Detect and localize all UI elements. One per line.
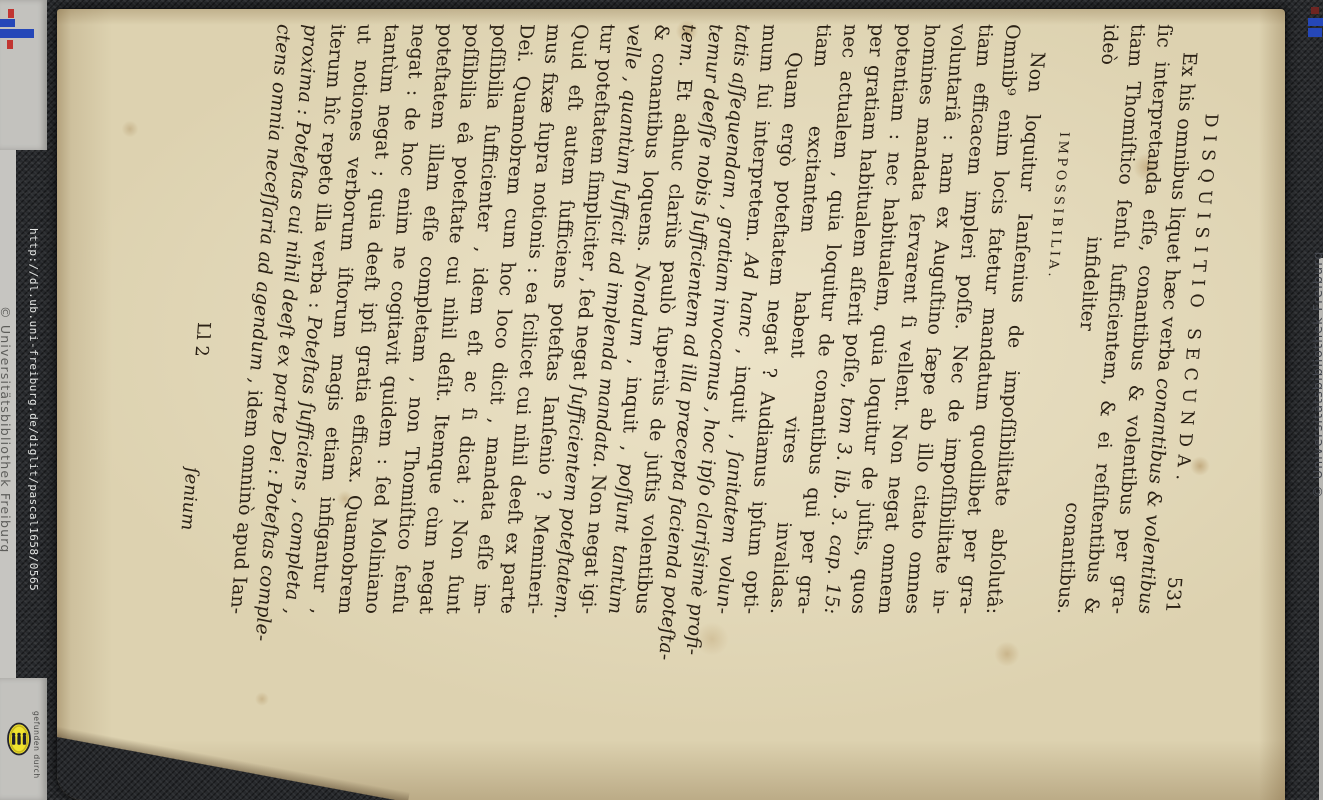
page-number: 531 <box>1158 577 1188 614</box>
watermark-copyright-left: © Universitätsbibliothek Freiburg <box>0 306 13 554</box>
italic-segment: Ad hanc <box>734 253 763 337</box>
signature-mark: Ll 2 <box>190 322 214 357</box>
registration-mark-red-icon <box>7 40 13 49</box>
italic-segment: tem. <box>675 24 700 67</box>
body-paragraphs: Non loquitur Ianſenius de impoſſibilitat… <box>223 24 1053 614</box>
registration-mark-blue-icon <box>0 19 15 27</box>
watermark-source-url: http://dl.ub.uni-freiburg.de/diglit/pasc… <box>27 228 40 591</box>
watermark-copyright-right: © Universitätsbibliothek Freiburg <box>1310 251 1323 499</box>
registration-mark-red-icon <box>1311 7 1319 14</box>
library-stamp-icon <box>7 722 31 760</box>
registration-mark-red-icon <box>8 9 14 18</box>
signature-row: Ll 2 ſenium <box>164 24 238 614</box>
catchword: ſenium <box>176 467 202 530</box>
paragraph: Non loquitur Ianſenius de impoſſibilitat… <box>763 24 1053 614</box>
registration-mark-blue-icon <box>1308 18 1323 26</box>
scan-viewport: http://dl.ub.uni-freiburg.de/diglit/pasc… <box>0 0 1323 800</box>
registration-mark-blue-icon <box>1308 28 1322 37</box>
stamp-caption: gefunden durch <box>32 711 41 779</box>
paragraph: Quam ergò poteſtatem negat ? Audiamus ip… <box>223 24 810 614</box>
registration-mark-blue-icon <box>0 29 34 38</box>
book-page-scan: DISQUISITIO SECUNDA. 531 Ex his omnibus … <box>57 9 1285 800</box>
page-content-rotated: DISQUISITIO SECUNDA. 531 Ex his omnibus … <box>164 24 1232 614</box>
italic-segment: Nondum <box>625 264 654 347</box>
